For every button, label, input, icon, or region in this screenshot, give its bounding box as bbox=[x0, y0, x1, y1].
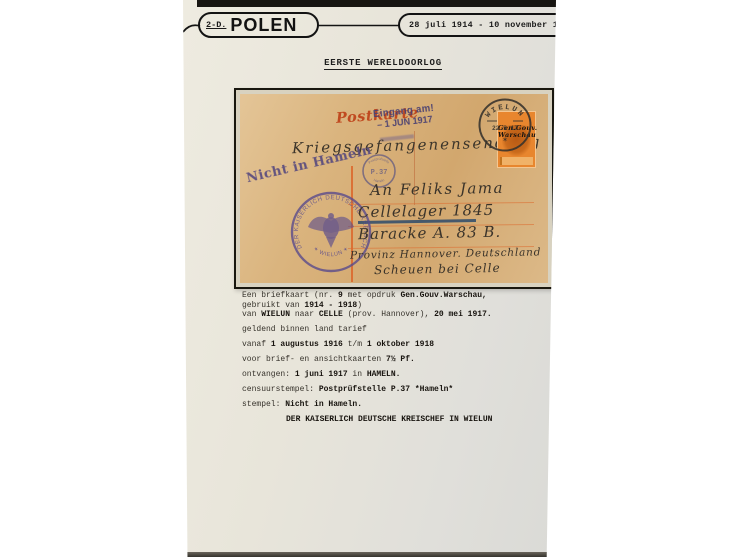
censor-number: P.37 bbox=[371, 169, 388, 177]
svg-text:WIELUN: WIELUN bbox=[484, 104, 525, 120]
postcard: Postkarte Eingang am! – 1 JUN 1917 Krieg… bbox=[240, 94, 548, 283]
description-line: censuurstempel: Postprüfstelle P.37 *Ham… bbox=[242, 385, 550, 395]
description-line: geldend binnen land tarief bbox=[242, 325, 550, 335]
description-line: vanaf 1 augustus 1916 t/m 1 oktober 1918 bbox=[242, 340, 550, 350]
description-block: Een briefkaart (nr. 9 met opdruk Gen.Gou… bbox=[242, 291, 550, 425]
address-line-3: Baracke A. 83 B. bbox=[358, 223, 502, 243]
country-title: POLEN bbox=[230, 16, 297, 34]
album-page: 2-D. POLEN 28 juli 1914 - 10 november 19… bbox=[183, 0, 556, 557]
censor-arc-top: Postprüfstelle bbox=[368, 157, 391, 165]
description-line: Een briefkaart (nr. 9 met opdruk Gen.Gou… bbox=[242, 291, 550, 301]
section-heading-row: EERSTE WERELDOORLOG bbox=[213, 52, 553, 70]
description-line: DER KAISERLICH DEUTSCHE KREISCHEF IN WIE… bbox=[242, 415, 550, 425]
country-tab: 2-D. POLEN bbox=[198, 12, 319, 38]
description-line: stempel: Nicht in Hameln. bbox=[242, 400, 550, 410]
description-line: gebruikt van 1914 - 1918) bbox=[242, 301, 550, 311]
svg-text:Postprüfstelle: Postprüfstelle bbox=[368, 157, 391, 165]
postmark-town: WIELUN bbox=[484, 104, 525, 120]
address-line-2: Cellelager 1845 bbox=[358, 201, 494, 221]
description-line: van WIELUN naar CELLE (prov. Hannover), … bbox=[242, 310, 550, 320]
address-line-4: Provinz Hannover. Deutschland bbox=[350, 246, 541, 261]
period-text: 28 juli 1914 - 10 november 191 bbox=[409, 20, 556, 30]
postmark-star-icon: ✶ bbox=[502, 136, 508, 144]
eagle-icon bbox=[308, 213, 354, 248]
photo-bottom-edge bbox=[187, 552, 550, 557]
stamp-value-tablet bbox=[500, 157, 533, 165]
postmark-date: 22.5.17 bbox=[492, 125, 518, 132]
address-line-5: Scheuen bei Celle bbox=[374, 261, 501, 277]
postcard-frame: Postkarte Eingang am! – 1 JUN 1917 Krieg… bbox=[234, 88, 554, 289]
address-line-1: An Feliks Jama bbox=[370, 179, 504, 199]
description-line: ontvangen: 1 juni 1917 in HAMELN. bbox=[242, 370, 550, 380]
description-line: voor brief- en ansichtkaarten 7½ Pf. bbox=[242, 355, 550, 365]
town-postmark: WIELUN 22.5.17 ✶ bbox=[475, 95, 535, 155]
section-heading: EERSTE WERELDOORLOG bbox=[324, 58, 442, 70]
page-reference: 2-D. bbox=[206, 20, 226, 30]
photographed-album-page-scan: 2-D. POLEN 28 juli 1914 - 10 november 19… bbox=[0, 0, 740, 557]
period-tab: 28 juli 1914 - 10 november 191 bbox=[398, 13, 556, 37]
